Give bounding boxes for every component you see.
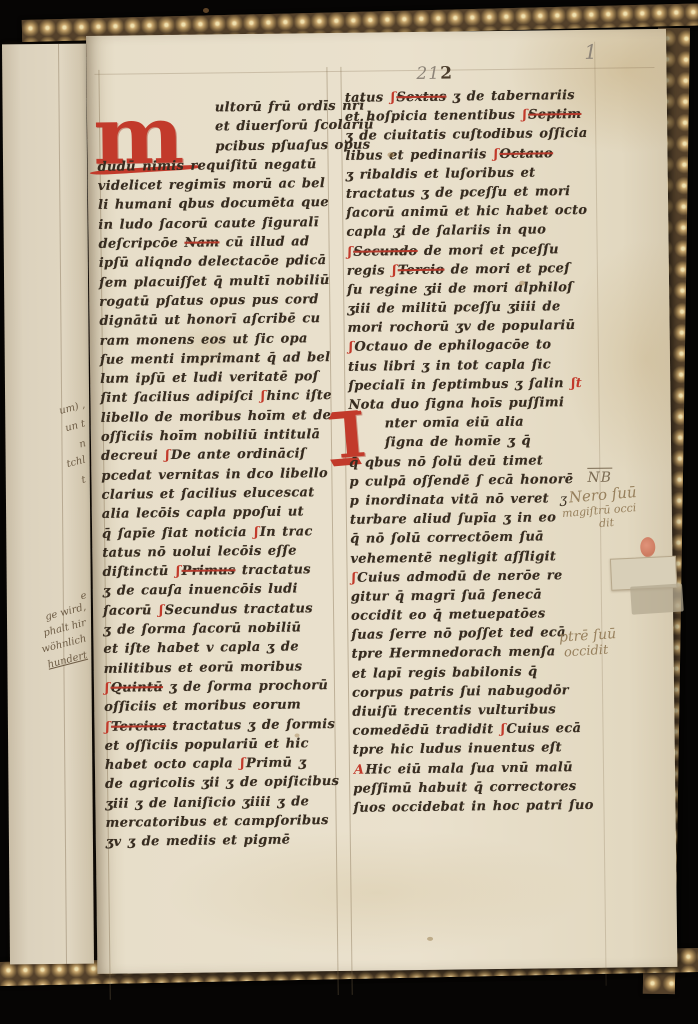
flyleaf-fragment: t — [81, 475, 87, 486]
flyleaf-fragment: n — [78, 439, 87, 450]
manuscript-text-line: mercatoribus et campſoribus — [106, 811, 344, 833]
manuscript-text-line: diſtinctū ʃPrimus tractatus — [102, 560, 340, 582]
text-column-left: ultorū frū ordīs nrīet diuerſorū ſcolari… — [97, 97, 344, 852]
foxing-spot — [295, 733, 300, 737]
margin-note-nero: Nero ſuūmagiſtrū occidit — [568, 483, 639, 532]
manuscript-text-line: q̄ ſapīe ſiat noticia ʃIn trac — [102, 521, 340, 543]
manuscript-text-line: et diuerſorū ſcolariū — [97, 116, 335, 138]
manuscript-text-line: dignātū ut honorī aſcribē cu — [99, 309, 337, 331]
manuscript-text-line: mori rochorū ʒv de populariū — [347, 316, 599, 338]
margin-note-line: dit — [599, 514, 640, 530]
modern-foliation: 1 — [584, 40, 597, 64]
flyleaf-crease — [58, 44, 67, 964]
nota-bene-mark: NB — [587, 468, 612, 486]
manuscript-text-line: li humani qbus documēta que — [98, 193, 336, 215]
manuscript-text-line: corpus patris ſui nabugodōr — [352, 681, 604, 703]
manuscript-text-line: ſacorū ʃSecundus tractatus — [103, 599, 341, 621]
margin-note-patrem: ptrē ſuūoccidit — [559, 626, 618, 661]
flyleaf-fragments-lower: ege wird,phalt hirwöhnlichhundert — [41, 592, 88, 666]
manuscript-text-line: ʒv ʒ de mediis et pigmē — [106, 830, 344, 852]
wax-spot — [640, 537, 655, 557]
manuscript-text-line: ʒ de ciuitatis cuſtodibus oſſicia — [345, 124, 597, 146]
manuscript-text-line: ʃQuintū ʒ de ſorma prochorū — [104, 676, 342, 698]
page-number-pencil: 21 — [416, 64, 440, 84]
debris-fleck — [203, 8, 209, 13]
manuscript-text-line: et oſſiciis populariū et hic — [105, 734, 343, 756]
manuscript-text-line: Nota duo ſigna hoīs puſſimi — [348, 393, 600, 415]
ruling-line-top — [94, 67, 654, 75]
page-number-ink: 2 — [440, 64, 453, 84]
flyleaf-fragments-upper: um) ,un tntchlt — [59, 404, 86, 486]
manuscript-text-line: clarius et ſacilius elucescat — [101, 483, 339, 505]
foxing-spot — [387, 152, 394, 157]
manuscript-text-line: ſu regine ʒii de mori alphiloſ — [347, 278, 599, 300]
manuscript-page: 212 1 m I ultorū frū ordīs nrīet diuerſo… — [86, 29, 677, 974]
flyleaf-fragment: um) , — [58, 401, 86, 417]
page-number: 212 — [416, 64, 453, 84]
flyleaf-fragment: un t — [64, 419, 86, 434]
manuscript-text-line: de agricolis ʒii ʒ de opiſicibus — [105, 772, 343, 794]
manuscript-text-line: p culpā oſſendē ſ ecā honorē — [349, 469, 601, 491]
flyleaf-fragment: tchl — [65, 456, 86, 471]
manuscript-text-line: ʃTercius tractatus ʒ de ſormis — [104, 714, 342, 736]
flyleaf-fragment: hundert — [46, 651, 88, 671]
flyleaf-edge: um) ,un tntchlt ege wird,phalt hirwöhnli… — [2, 44, 94, 965]
flyleaf-fragment: e — [80, 591, 88, 602]
manuscript-text-line: ſacorū animū et hic habet octo — [346, 201, 598, 223]
manuscript-text-line: ſint ſacilius adipiſci ʃhinc iſte — [100, 386, 338, 408]
manuscript-photo: um) ,un tntchlt ege wird,phalt hirwöhnli… — [0, 0, 698, 1024]
foxing-spot — [519, 281, 525, 286]
foxing-spot — [427, 937, 433, 941]
margin-note-line: occidit — [564, 642, 618, 660]
manuscript-text-line: decreui ʃDe ante ordināciſ — [101, 444, 339, 466]
manuscript-text-line: ipſū aliqndo delectacōe pdicā — [99, 251, 337, 273]
manuscript-text-line: ſuos occidebat in hoc patri ſuo — [353, 796, 605, 818]
margin-mark: ʒ — [560, 492, 568, 507]
text-column-right: tatus ʃSextus ʒ de tabernariiset hoſpici… — [345, 86, 606, 818]
manuscript-text-line: comedēdū tradidit ʃCuius ecā — [352, 719, 604, 741]
repair-smudge — [630, 583, 684, 614]
